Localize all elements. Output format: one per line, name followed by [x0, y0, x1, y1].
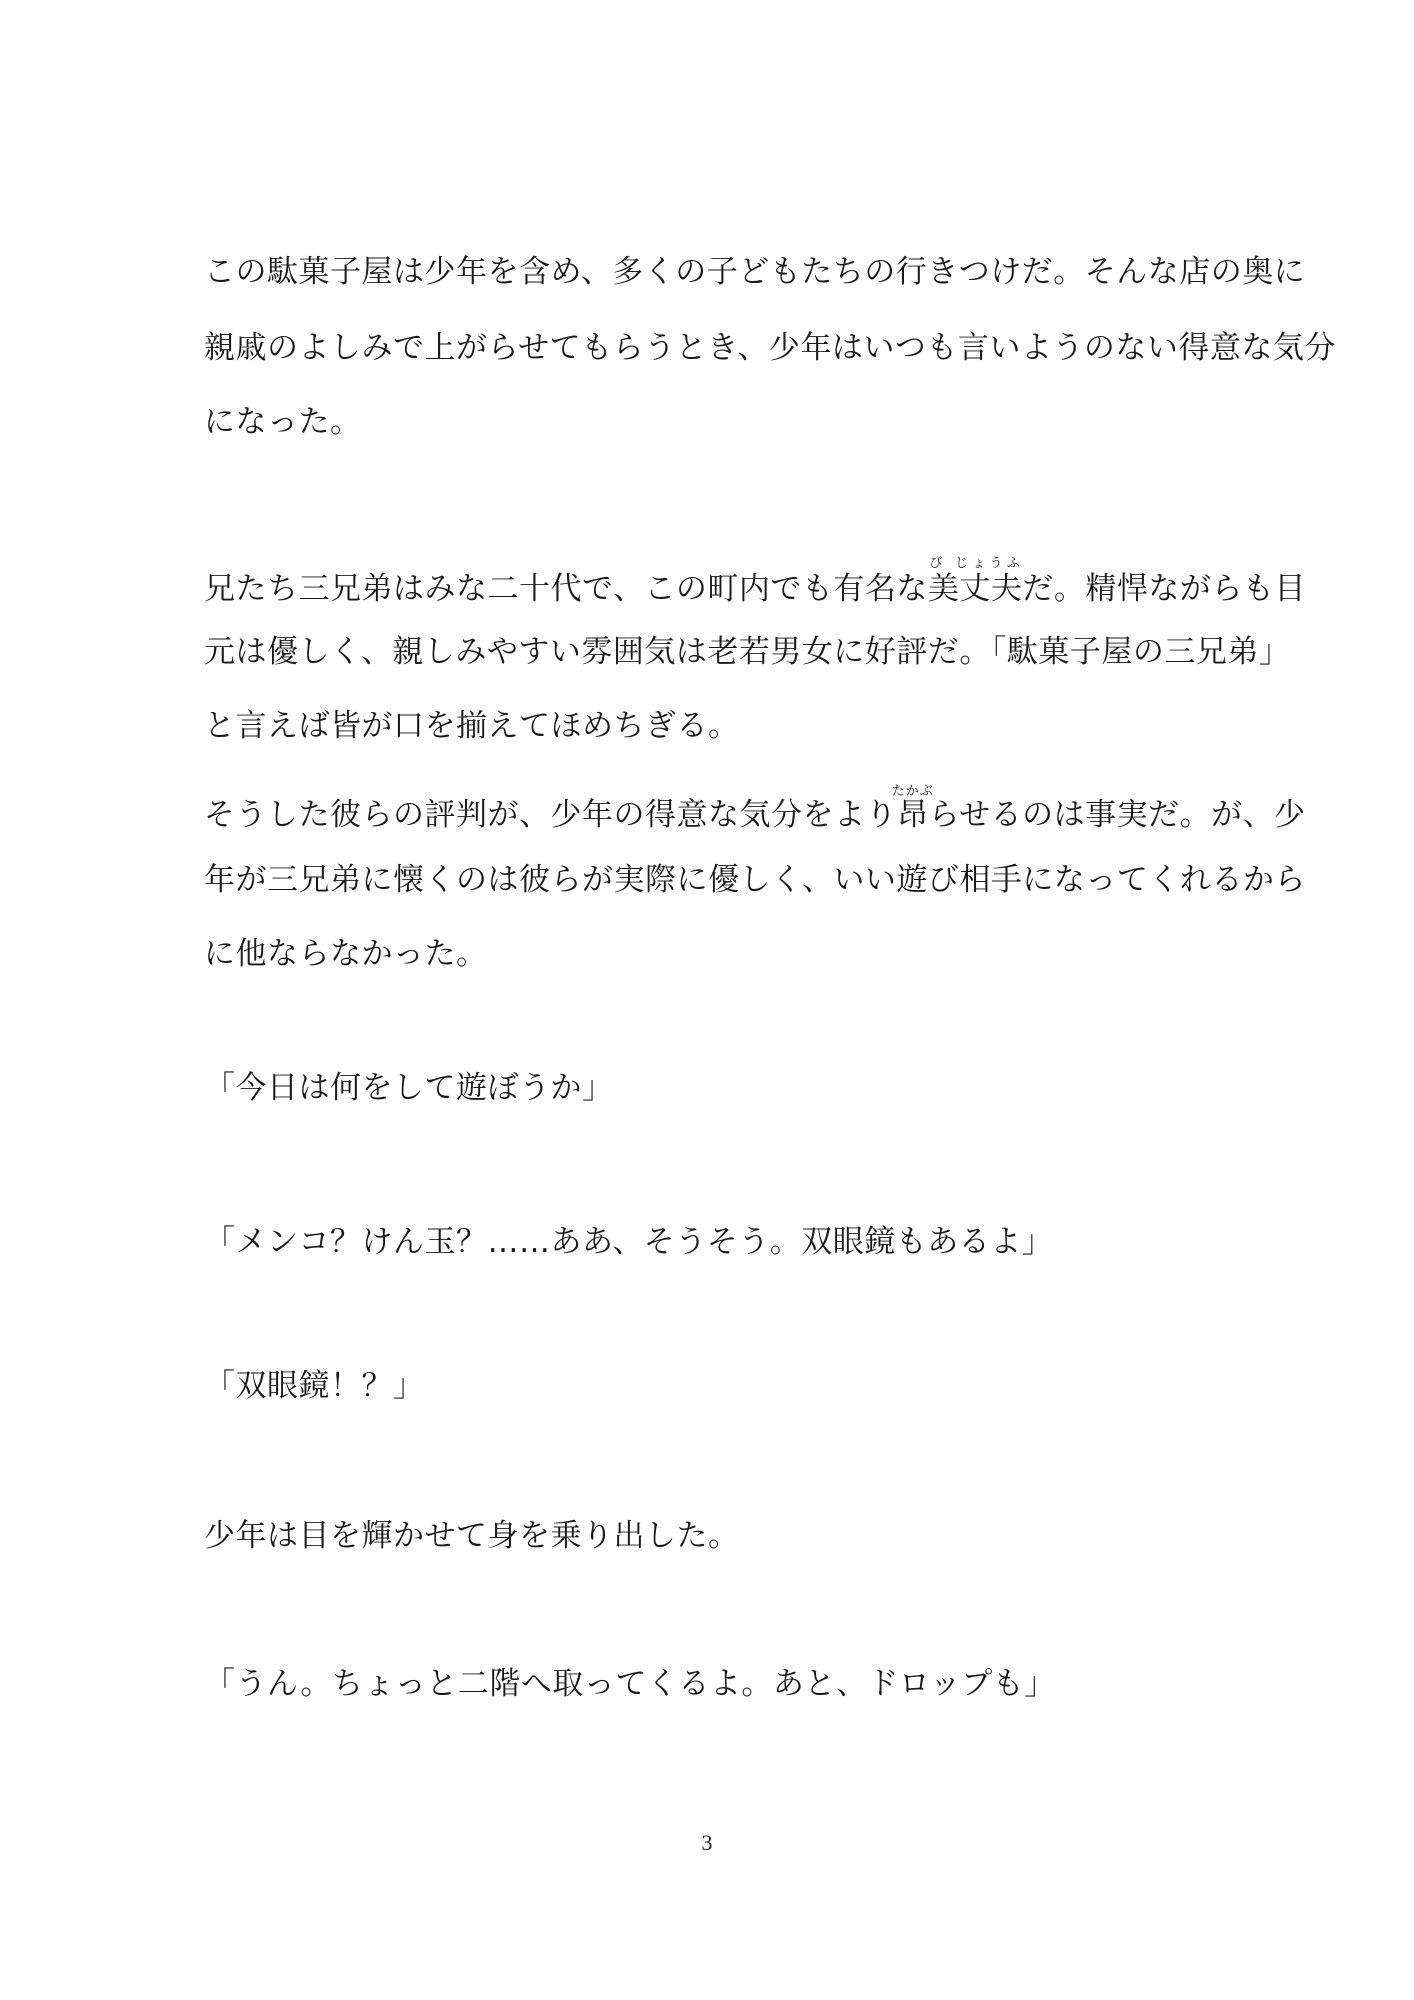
paragraph-2-line-2: 元は優しく、親しみやすい雰囲気は老若男女に好評だ。「駄菓子屋の三兄弟」 [204, 632, 1290, 672]
dialogue-line-2: 「メンコ？けん玉？……ああ、そうそう。双眼鏡もあるよ」 [204, 1222, 1053, 1262]
text-segment: だ。精悍ながらも目 [1022, 571, 1306, 607]
narration-line: 少年は目を輝かせて身を乗り出した。 [204, 1516, 740, 1556]
text-segment: そうした彼らの評判が、少年の得意な気分をより [204, 797, 897, 833]
paragraph-2-line-1: 兄たち三兄弟はみな二十代で、この町内でも有名な美丈夫び じょうふだ。精悍ながらも… [204, 556, 1306, 609]
page-number: 3 [0, 1830, 1414, 1856]
dialogue-line-3: 「双眼鏡！？」 [204, 1366, 425, 1406]
paragraph-1-line-2: 親戚のよしみで上がらせてもらうとき、少年はいつも言いようのない得意な気分 [204, 328, 1336, 368]
dialogue-line-1: 「今日は何をして遊ぼうか」 [204, 1068, 614, 1108]
ruby-reading: たかぶ [892, 784, 934, 799]
paragraph-3-line-3: に他ならなかった。 [204, 934, 488, 974]
paragraph-2-line-3: と言えば皆が口を揃えてほめちぎる。 [204, 706, 740, 746]
ruby-bijoufu: 美丈夫び じょうふ [928, 571, 1023, 607]
paragraph-3-line-2: 年が三兄弟に懐くのは彼らが実際に優しく、いい遊び相手になってくれるから [204, 860, 1306, 900]
paragraph-1-line-3: になった。 [204, 402, 362, 442]
ruby-takabu: 昂たかぶ [897, 797, 929, 833]
paragraph-1-line-1: この駄菓子屋は少年を含め、多くの子どもたちの行きつけだ。そんな店の奥に [204, 252, 1305, 292]
dialogue-line-4: 「うん。ちょっと二階へ取ってくるよ。あと、ドロップも」 [204, 1664, 1056, 1704]
document-page: この駄菓子屋は少年を含め、多くの子どもたちの行きつけだ。そんな店の奥に 親戚のよ… [0, 0, 1414, 2000]
text-segment: 兄たち三兄弟はみな二十代で、この町内でも有名な [204, 571, 928, 607]
ruby-base: 昂 [892, 797, 934, 833]
text-segment: らせるのは事実だ。が、少 [929, 797, 1306, 833]
ruby-reading: び じょうふ [928, 556, 1023, 571]
paragraph-3-line-1: そうした彼らの評判が、少年の得意な気分をより昂たかぶらせるのは事実だ。が、少 [204, 784, 1306, 835]
ruby-base: 美丈夫 [928, 571, 1023, 607]
